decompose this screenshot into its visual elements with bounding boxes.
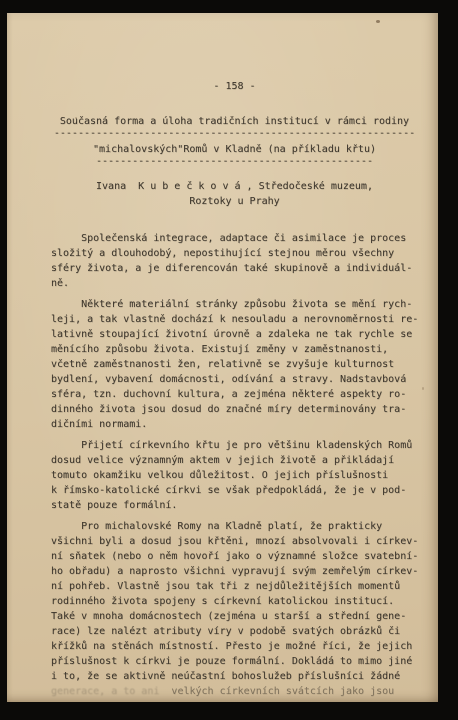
page-number: - 158 - [51, 79, 418, 94]
text-line: dinného života jsou dosud do značné míry… [51, 402, 418, 417]
text-line: složitý a dlouhodobý, nepostihující stej… [51, 246, 418, 261]
document-title-line1: Současná forma a úloha tradičních instit… [51, 114, 418, 129]
text-line: Také v mnoha domácnostech (zejména u sta… [51, 609, 418, 624]
text-line: lativně stoupající životní úrovně a zdal… [51, 327, 418, 342]
title-underline2: ----------------------------------------… [51, 157, 418, 167]
text-line: křížků na stěnách místností. Přesto je m… [51, 639, 418, 654]
text-line: Přijetí církevního křtu je pro většinu k… [51, 438, 418, 453]
scan-background: - 158 - Současná forma a úloha tradičníc… [0, 0, 458, 720]
author-location: Roztoky u Prahy [51, 194, 418, 209]
text-line: race) lze nalézt atributy víry v podobě … [51, 624, 418, 639]
text-line: ho obřadu) a naprosto všichni vypravují … [51, 564, 418, 579]
paper-speck [422, 387, 424, 390]
text-line: bydlení, vybavení domácnosti, odívání a … [51, 372, 418, 387]
text-line: dosud velice významným aktem v jejich ži… [51, 453, 418, 468]
faded-last-line: generace, a to ani velkých církevních sv… [51, 684, 418, 699]
text-line: ní sňatek (nebo o něm hovoří jako o význ… [51, 549, 418, 564]
text-line: dičními normami. [51, 417, 418, 432]
title-underline1: ----------------------------------------… [51, 129, 418, 139]
text-line: včetně zaměstnanosti žen, relativně se z… [51, 357, 418, 372]
text-line: ně. [51, 276, 418, 291]
title-block: Současná forma a úloha tradičních instit… [51, 114, 418, 167]
document-body: Společenská integrace, adaptace či asimi… [51, 231, 418, 684]
text-line: Některé materiální stránky způsobu život… [51, 297, 418, 312]
text-line: ní pohřeb. Vlastně jsou tak tři z nejdůl… [51, 579, 418, 594]
text-line: tomuto okamžiku velkou důležitost. O jej… [51, 468, 418, 483]
paper-speck [376, 20, 380, 23]
author-block: Ivana K u b e č k o v á , Středočeské mu… [51, 179, 418, 209]
text-line: Pro michalovské Romy na Kladně platí, že… [51, 519, 418, 534]
text-line: Společenská integrace, adaptace či asimi… [51, 231, 418, 246]
paragraph: Některé materiální stránky způsobu život… [51, 297, 418, 432]
faded-text-start: generace, a to ani [51, 686, 171, 697]
faded-text-end: velkých církevních svátcích jako jsou [171, 686, 394, 697]
text-line: k římsko-katolické církvi se však předpo… [51, 483, 418, 498]
paper-speck [75, 117, 77, 119]
author-name: Ivana K u b e č k o v á , Středočeské mu… [51, 179, 418, 194]
text-line: rodinného života spojeny s církevní kato… [51, 594, 418, 609]
text-line: sféry života, a je diferencován také sku… [51, 261, 418, 276]
paragraph: Přijetí církevního křtu je pro většinu k… [51, 438, 418, 513]
text-line: měnícího způsobu života. Existují změny … [51, 342, 418, 357]
document-title-line2: "michalovských"Romů v Kladně (na příklad… [51, 142, 418, 157]
text-line: i to, že se aktivně neúčastní bohoslužeb… [51, 669, 418, 684]
text-line: leji, a tak vlastně dochází k nesouladu … [51, 312, 418, 327]
text-line: statě pouze formální. [51, 498, 418, 513]
document-page: - 158 - Současná forma a úloha tradičníc… [7, 13, 438, 702]
text-line: příslušnost k církvi je pouze formální. … [51, 654, 418, 669]
text-line: všichni byli a dosud jsou křtěni, mnozí … [51, 534, 418, 549]
paragraph: Pro michalovské Romy na Kladně platí, že… [51, 519, 418, 684]
paragraph: Společenská integrace, adaptace či asimi… [51, 231, 418, 291]
text-line: sféra, tzn. duchovní kultura, a zejména … [51, 387, 418, 402]
